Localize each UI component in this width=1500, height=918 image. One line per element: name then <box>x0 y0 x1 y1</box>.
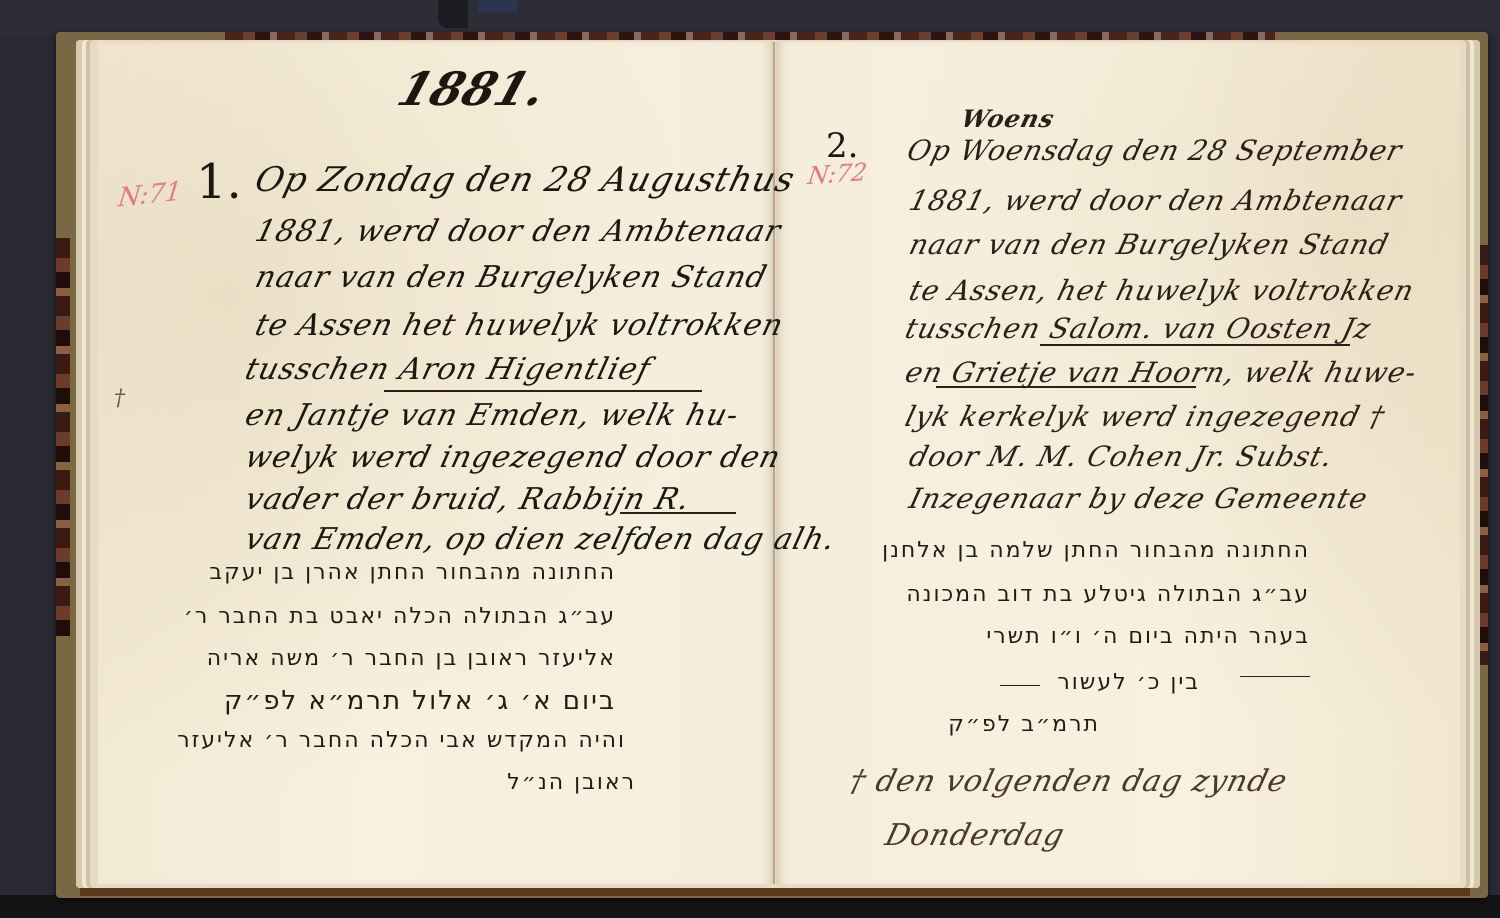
correction-above: Woens <box>958 104 1057 133</box>
left-line-9: van Emden, op dien zelfden dag alh. <box>242 522 840 557</box>
hebrew-right-1: החתונה מהבחור החתן שלמה בן אלחנן <box>940 538 1310 563</box>
right-line-5: tusschen Salom. van Oosten Jz <box>902 312 1375 345</box>
underline-rabbi-left <box>620 512 736 514</box>
footnote-line-2: Donderdag <box>882 818 1069 853</box>
left-line-5: tusschen Aron Higentlief <box>242 352 655 387</box>
register-number-right: N:72 <box>806 158 869 190</box>
dash-left <box>1000 685 1040 686</box>
hebrew-left-5: והיה המקדש אבי הכלה החבר ר׳ אליעזר <box>216 728 626 753</box>
right-line-9: Inzegenaar by deze Gemeente <box>906 482 1372 515</box>
left-line-6: en Jantje van Emden, welk hu- <box>242 398 743 433</box>
left-line-2: 1881, werd door den Ambtenaar <box>252 214 785 249</box>
hebrew-left-3: אליעזר ראובן בן החבר ר׳ משה אריה <box>236 646 616 671</box>
hebrew-left-4: ביום א׳ ג׳ אלול תרמ״א לפ״ק <box>262 686 616 716</box>
right-line-2: 1881, werd door den Ambtenaar <box>906 184 1406 217</box>
right-line-6: en Grietje van Hoorn, welk huwe- <box>902 356 1421 389</box>
cover-marbled-edge-left <box>56 238 70 638</box>
hebrew-right-4: בין כ׳ לעשור <box>1040 670 1200 695</box>
backdrop-strip <box>478 0 518 12</box>
year-heading: 1881. <box>391 62 553 116</box>
dash-right <box>1240 676 1310 677</box>
hebrew-right-5: תרמ״ב לפ״ק <box>1000 712 1100 737</box>
hebrew-left-2: עב״ג הבתולה הכלה יאבט בת החבר ר׳ <box>196 604 616 629</box>
backdrop-top <box>0 0 1500 34</box>
underline-bride-right <box>936 386 1196 388</box>
entry-number-left: 1. <box>196 154 242 210</box>
backdrop-clip <box>438 0 468 28</box>
right-line-1: Op Woensdag den 28 September <box>904 134 1406 167</box>
right-line-7: lyk kerkelyk werd ingezegend † <box>902 400 1389 433</box>
right-line-8: door M. M. Cohen Jr. Subst. <box>906 440 1337 473</box>
right-line-4: te Assen, het huwelyk voltrokken <box>906 274 1418 307</box>
left-line-3: naar van den Burgelyken Stand <box>252 260 771 295</box>
footnote-line-1: † den volgenden dag zynde <box>846 764 1292 799</box>
margin-mark-left: † <box>114 386 125 411</box>
left-line-1: Op Zondag den 28 Augusthus <box>251 160 799 200</box>
underline-groom-left <box>384 390 702 392</box>
hebrew-left-1: החתונה מהבחור החתן אהרן בן יעקב <box>186 560 616 585</box>
left-line-7: welyk werd ingezegend door den <box>242 440 785 475</box>
hebrew-left-6: ראובן הנ״ל <box>466 770 636 795</box>
hebrew-right-2: עב״ג הבתולה גיטלע בת דוב המכונה <box>960 582 1310 607</box>
right-line-3: naar van den Burgelyken Stand <box>906 228 1393 261</box>
left-line-4: te Assen het huwelyk voltrokken <box>252 308 788 343</box>
underline-groom-right <box>1040 344 1350 346</box>
hebrew-right-3: בעהר היתה ביום ה׳ ו״ו תשרי <box>1000 624 1310 649</box>
backdrop-bottom <box>0 895 1500 918</box>
